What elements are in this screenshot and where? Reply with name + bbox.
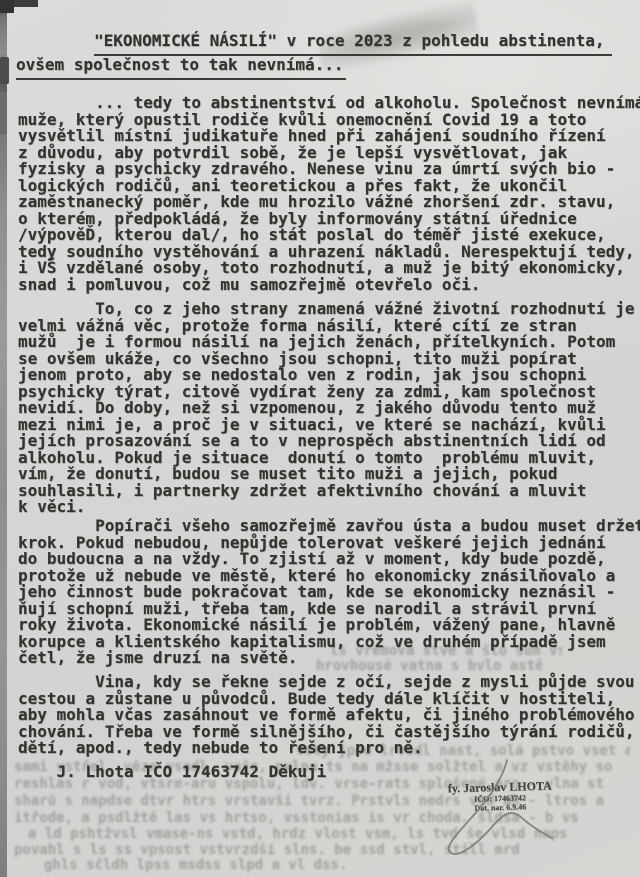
- paragraph-3: Popírači všeho samozřejmě zavřou ústa a …: [18, 518, 640, 667]
- scan-corner-mark: [0, 0, 14, 13]
- document-title-line-2: ovšem společnost to tak nevnímá...: [16, 57, 346, 80]
- scan-edge-blot: [0, 57, 9, 84]
- handwritten-signature: [425, 748, 575, 863]
- document-title-line-1: "EKONOMICKÉ NÁSILÍ" v roce 2023 z pohled…: [94, 33, 612, 56]
- signature-line: J. Lhota IČO 17463742 Děkuji: [18, 764, 326, 781]
- paragraph-4: Vina, kdy se řekne sejde z očí, sejde z …: [18, 674, 635, 757]
- scan-edge-blot: [0, 92, 7, 134]
- paragraph-2: To, co z jeho strany znamená vážné život…: [18, 301, 635, 516]
- paragraph-1: ... tedy to abstinentství od alkoholu. S…: [18, 95, 640, 293]
- scanned-document-page: ls vremová stvé a šlo šum vstné hrovhous…: [0, 0, 640, 877]
- bleedthrough-line: ghls sčldh lpss msdss slpd a vl dss.: [44, 858, 464, 872]
